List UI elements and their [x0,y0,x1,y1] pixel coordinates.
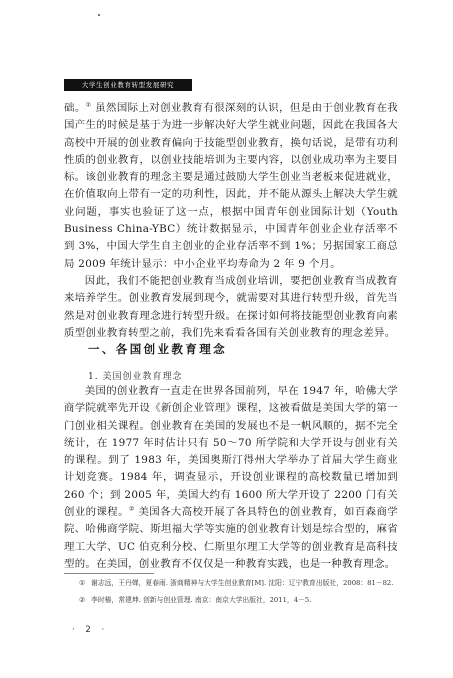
footnote-mark: ① [79,579,85,587]
section-title: 一、各国创业教育理念 [88,341,227,357]
footnote-text: 谢志远，王丹婵，夏春雨. 浙商精神与大学生创业教育[M]. 沈阳：辽宁教育出版社… [91,579,393,587]
scan-speck [98,14,100,16]
footnote-divider [64,573,154,574]
footnote-mark: ② [79,596,85,604]
paragraph-continuation: 础。① 虽然国际上对创业教育有很深刻的认识，但是由于创业教育在我国产生的时候是基… [64,100,398,273]
footnote-2: ②李时椿，常建坤. 创新与创业管理. 南京：南京大学出版社，2011，4－5. [64,595,398,606]
paragraph: 因此，我们不能把创业教育当成创业培训，要把创业教育当成教育来培养学生。创业教育发… [64,273,398,342]
page-number: · 2 · [72,625,108,635]
paragraph-text: 美国的创业教育一直走在世界各国前列，早在 1947 年，哈佛大学商学院就率先开设… [64,385,398,518]
paragraph: 美国的创业教育一直走在世界各国前列，早在 1947 年，哈佛大学商学院就率先开设… [64,383,398,573]
footnote-text: 李时椿，常建坤. 创新与创业管理. 南京：南京大学出版社，2011，4－5. [91,596,311,604]
body-text-top: 础。① 虽然国际上对创业教育有很深刻的认识，但是由于创业教育在我国产生的时候是基… [64,100,398,342]
paragraph-text: 虽然国际上对创业教育有很深刻的认识，但是由于创业教育在我国产生的时候是基于为进一… [64,102,398,270]
running-header: 大学生创业教育转型发展研究 [64,79,192,91]
subsection-title: 1. 美国创业教育理念 [88,369,182,382]
paragraph-text: 础。 [64,102,86,114]
body-text-bottom: 美国的创业教育一直走在世界各国前列，早在 1947 年，哈佛大学商学院就率先开设… [64,383,398,573]
footnotes: ①谢志远，王丹婵，夏春雨. 浙商精神与大学生创业教育[M]. 沈阳：辽宁教育出版… [64,578,398,606]
footnote-1: ①谢志远，王丹婵，夏春雨. 浙商精神与大学生创业教育[M]. 沈阳：辽宁教育出版… [64,578,398,589]
